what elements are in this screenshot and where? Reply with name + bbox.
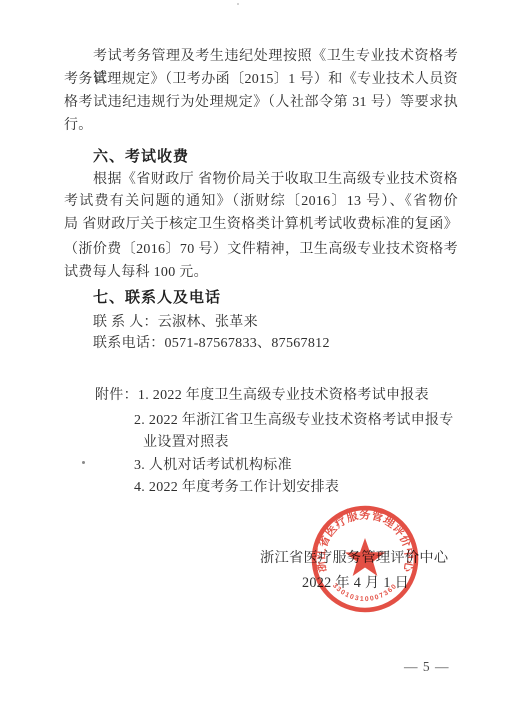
attachment-line: 附件：1. 2022 年度卫生高级专业技术资格考试申报表 (64, 385, 458, 407)
body-line: 考试考务管理及考生违纪处理按照《卫生专业技术资格考试 (64, 46, 458, 68)
body-line: 考试费有关问题的通知》（浙财综〔2016〕13 号）、《省物价 (64, 191, 458, 213)
section-heading-fees: 六、考试收费 (64, 146, 458, 168)
body-line: 格考试违纪违规行为处理规定》（人社部令第 31 号）等要求执 (64, 92, 458, 114)
page-number: — 5 — (404, 659, 450, 675)
body-line: 根据《省财政厅 省物价局关于收取卫生高级专业技术资格 (64, 169, 458, 191)
body-line: （浙价费〔2016〕70 号）文件精神，卫生高级专业技术资格考 (64, 239, 458, 261)
section-heading-contacts: 七、联系人及电话 (64, 287, 458, 309)
body-line: 试费每人每科 100 元。 (64, 262, 458, 284)
contact-phone-line: 联系电话：0571-87567833、87567812 (64, 333, 458, 355)
contact-person-line: 联 系 人：云淑林、张革来 (64, 312, 458, 334)
attachment-line: 3. 人机对话考试机构标准 (64, 455, 458, 477)
body-line: 行。 (64, 115, 458, 137)
document-page: 考试考务管理及考生违纪处理按照《卫生专业技术资格考试 考务管理规定》（卫考办函〔… (0, 0, 518, 717)
scan-artifact-dot (237, 3, 239, 5)
scan-artifact-dot (82, 461, 85, 464)
seal-code: 33010310007360 (331, 582, 399, 603)
attachment-line: 2. 2022 年浙江省卫生高级专业技术资格考试申报专 (64, 410, 458, 432)
svg-text:33010310007360: 33010310007360 (331, 582, 399, 603)
official-seal: 浙江省医疗服务管理评价中心 33010310007360 (293, 487, 437, 631)
body-line: 局 省财政厅关于核定卫生资格类计算机考试收费标准的复函》 (64, 214, 458, 236)
attachment-line: 业设置对照表 (64, 432, 458, 454)
seal-star-icon (345, 538, 385, 576)
body-line: 考务管理规定》（卫考办函〔2015〕1 号）和《专业技术人员资 (64, 69, 458, 91)
